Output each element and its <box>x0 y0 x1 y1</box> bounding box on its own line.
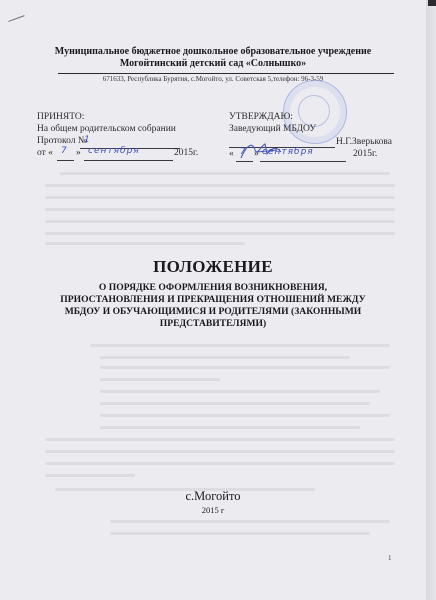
approved-position: Заведующий МБДОУ <box>229 124 316 134</box>
subtitle-line: МБДОУ И ОБУЧАЮЩИМИСЯ И РОДИТЕЛЯМИ (ЗАКОН… <box>0 306 426 318</box>
org-name-line2: Могойтинский детский сад «Солнышко» <box>0 58 426 69</box>
header-divider <box>58 73 394 74</box>
document-page: Муниципальное бюджетное дошкольное образ… <box>0 0 426 600</box>
approved-heading: УТВЕРЖДАЮ: <box>229 112 293 122</box>
paper-edge <box>426 0 436 600</box>
page-number: 1 <box>388 554 392 562</box>
approved-month: сентября <box>262 147 314 157</box>
accepted-meeting: На общем родительском собрании <box>37 124 176 134</box>
approved-date-mid: » <box>254 149 259 159</box>
approved-day-underline <box>236 161 253 162</box>
accepted-year: 2015г. <box>174 148 198 158</box>
org-name-line1: Муниципальное бюджетное дошкольное образ… <box>0 46 426 57</box>
accepted-month-underline <box>84 160 173 161</box>
scan-corner <box>428 0 436 6</box>
protocol-label: Протокол № <box>37 136 87 146</box>
approved-year: 2015г. <box>353 149 377 159</box>
place-name: с.Могойто <box>0 489 426 504</box>
document-year: 2015 г <box>0 505 426 515</box>
protocol-number: 1 <box>84 135 90 145</box>
org-address: 671633, Республика Бурятия, с.Могойто, у… <box>0 75 426 83</box>
approver-name: Н.Г.Зверькова <box>336 137 392 147</box>
accepted-heading: ПРИНЯТО: <box>37 112 84 122</box>
stamp-inner-ring <box>298 95 330 127</box>
document-title: ПОЛОЖЕНИЕ <box>0 257 426 277</box>
approved-day: 7 <box>240 147 246 157</box>
approved-date-prefix: « <box>229 149 234 159</box>
accepted-day: 7 <box>61 146 67 156</box>
accepted-day-underline <box>57 160 74 161</box>
pen-mark <box>8 15 24 22</box>
accepted-date-mid: » <box>76 148 81 158</box>
subtitle-line: ПРЕДСТАВИТЕЛЯМИ) <box>0 318 426 330</box>
subtitle-line: ПРИОСТАНОВЛЕНИЯ И ПРЕКРАЩЕНИЯ ОТНОШЕНИЙ … <box>0 294 426 306</box>
subtitle-line: О ПОРЯДКЕ ОФОРМЛЕНИЯ ВОЗНИКНОВЕНИЯ, <box>0 282 426 294</box>
approved-month-underline <box>260 161 346 162</box>
accepted-date-prefix: от « <box>37 148 53 158</box>
accepted-month: сентября <box>88 146 140 156</box>
